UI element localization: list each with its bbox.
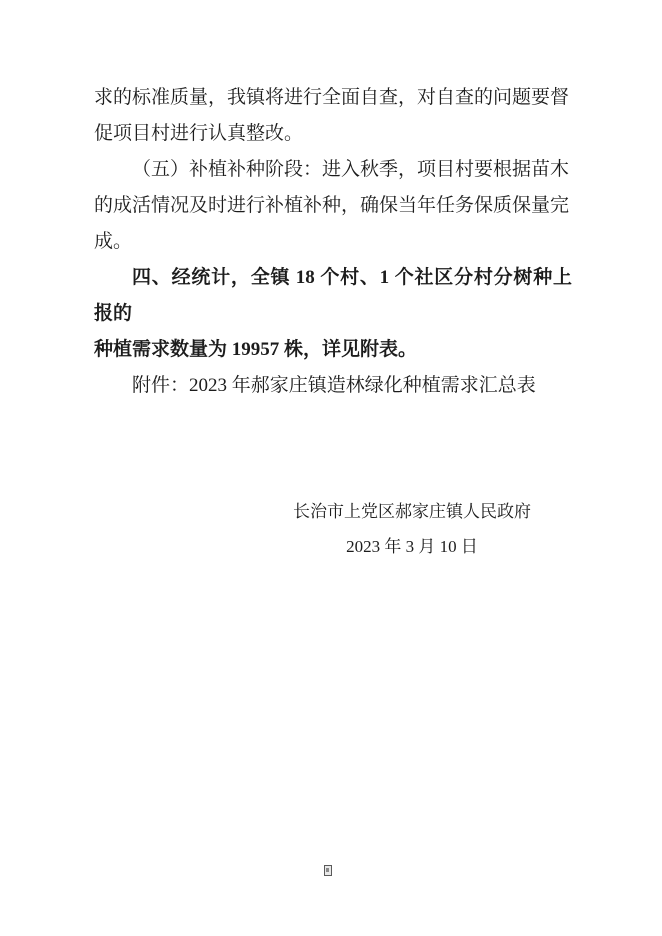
body-paragraph: 求的标准质量，我镇将进行全面自查，对自查的问题要督 促项目村进行认真整改。: [94, 80, 572, 152]
document-page: 求的标准质量，我镇将进行全面自查，对自查的问题要督 促项目村进行认真整改。 （五…: [0, 0, 662, 936]
signature-issuer: 长治市上党区郝家庄镇人民政府: [254, 494, 570, 529]
signature-date: 2023 年 3 月 10 日: [254, 529, 570, 564]
document-body: 求的标准质量，我镇将进行全面自查，对自查的问题要督 促项目村进行认真整改。 （五…: [94, 80, 572, 404]
attachment-reference-line: 附件：2023 年郝家庄镇造林绿化种植需求汇总表: [94, 368, 572, 404]
body-paragraph-emphasis: 四、经统计，全镇 18 个村、1 个社区分村分树种上报的 种植需求数量为 199…: [94, 260, 572, 368]
signature-block: 长治市上党区郝家庄镇人民政府 2023 年 3 月 10 日: [254, 494, 570, 564]
body-paragraph: （五）补植补种阶段：进入秋季，项目村要根据苗木 的成活情况及时进行补植补种，确保…: [94, 152, 572, 260]
missing-glyph-page-number: [324, 865, 332, 876]
